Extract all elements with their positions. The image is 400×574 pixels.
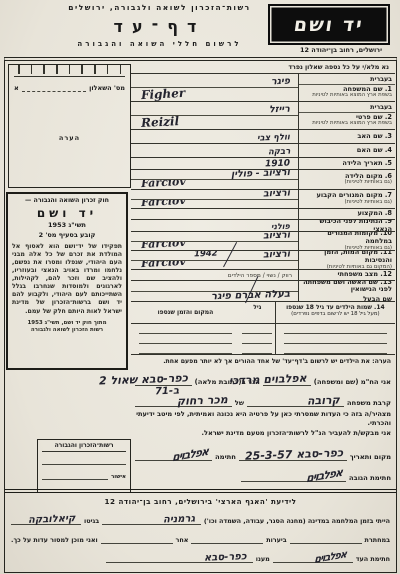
field-citizenship: 9. הנתינות לפני הכיבוש הנאצי פולני: [131, 220, 395, 232]
declarant-signature: אפלבוים: [172, 444, 209, 464]
declarant-name-line: אפלבוים מרדכי: [263, 373, 311, 386]
of-handwriting: מכר רחוק: [177, 393, 228, 408]
law-footer-line1: מתוך חוק יד ושם, תשי"ג 1953: [12, 320, 122, 328]
field-marital-status: 12. מצב משפחתי רווק / נשוי / מספר הילדים: [131, 270, 395, 281]
witness-signature: אפלבוים: [314, 549, 347, 566]
wartime-residence-sublabel: (גם באותיות לטיניות): [302, 246, 392, 250]
place-date-label: מקום ותאריך: [350, 453, 391, 461]
children-row: [240, 334, 275, 344]
field-death-place: 11. מקום המות, הזמן והנסיבות (המקום גם ב…: [131, 251, 395, 270]
questionnaire-number-box: מס' השאלון א הערה: [8, 64, 131, 188]
children-row: [131, 324, 240, 334]
signature-fill: אפלבוים: [135, 448, 212, 461]
logo-text: יד ושם: [293, 14, 366, 36]
field-father-name: 3. שם האב וולף צבי: [131, 130, 395, 144]
collector-signature-fill: אפלבוים: [241, 469, 346, 482]
first-name-sublabel: בשפת ארץ המוצא באותיות לטיניות: [302, 121, 392, 127]
in-hebrew-label: בעברית: [299, 104, 395, 113]
margin-annotation-handwriting: ב-71: [155, 386, 180, 398]
law-org-name: יד ושם: [12, 206, 122, 220]
children-names-header: 14. שמות הילדים עד גיל 18 שנספו (מעל גיל…: [276, 302, 395, 324]
form-body: מס' השאלון א הערה חוק זכרון השואה והגבור…: [4, 57, 397, 573]
approval-label: אישור: [111, 474, 126, 480]
father-name-handwriting: וולף צבי: [257, 132, 290, 143]
children-row: [240, 344, 275, 354]
children-age-column: גיל: [240, 302, 276, 354]
forests-label: ביערות: [266, 536, 286, 544]
fill-instruction: נא מלא/י על כל נספה שאלון נפרד: [131, 61, 395, 74]
law-section: קובע בסעיף מס' 2: [12, 231, 122, 239]
citizenship-label: 9. הנתינות לפני הכיבוש הנאצי: [302, 220, 392, 231]
of-line-fill: מכר רחוק: [135, 394, 232, 407]
wartime-country-label: הייתי בזמן המלחמה במדינה (מחנה הסגר, עבו…: [204, 517, 390, 525]
wartime-country-fill: גרמניה: [102, 513, 201, 525]
birth-place-sublabel: (גם באותיות לטיניות): [302, 180, 392, 186]
signature-label: חתימה: [215, 453, 236, 461]
death-place-label: 11. מקום המות, הזמן והנסיבות: [302, 251, 392, 265]
place-date-handwriting: כפר-סבא 25-3-57: [244, 446, 342, 462]
children-row: [131, 344, 240, 354]
org-name: רשות־הזכרון לשואה ולגבורה, ירושלים: [52, 3, 267, 12]
witness-address-fill: כפר-סבא: [106, 551, 253, 563]
ghetto-fill: קיאלובקה: [11, 513, 81, 525]
other-label: אחר: [176, 536, 189, 544]
ghetto-label: בגיטו: [84, 517, 99, 525]
wartime-residence-latin-handwriting: Farciov: [141, 242, 186, 251]
in-hebrew-label: בעברית: [299, 76, 395, 85]
place-date-fill: כפר-סבא 25-3-57: [239, 448, 347, 461]
death-year-handwriting: 1942: [194, 251, 218, 259]
mother-name-handwriting: רבקה: [267, 147, 290, 158]
death-place-latin-handwriting: Farciov: [141, 261, 186, 270]
wartime-residence-hebrew-handwriting: ורציוב: [263, 232, 290, 241]
questionnaire-number-line: [22, 83, 86, 92]
birth-place-hebrew-handwriting: ורציוב - פולין: [231, 170, 290, 180]
field-spouse: 13. שם האשה ושם משפחתה לפני הנישואין שם …: [131, 281, 395, 302]
children-place-header: המקום והזמן שנספו: [131, 302, 240, 324]
fields-area: נא מלא/י על כל נספה שאלון נפרד בעברית 1.…: [131, 61, 395, 482]
field-birth-date: 5. תאריך הלידה 1910: [131, 158, 395, 170]
note-label: הערה: [9, 134, 130, 142]
wartime-residence-label: 10. מקומות המגורים במלחמה: [302, 232, 392, 246]
residence-sublabel: (גם באותיות לטיניות): [302, 200, 392, 206]
children-row: [276, 324, 395, 334]
family-name-sublabel: בשפת ארץ המוצא באותיות לטיניות: [302, 93, 392, 99]
family-name-hebrew-handwriting: פיגר: [271, 76, 290, 88]
field-residence: 7. מקום המגורים הקבוע (גם באותיות לטיניו…: [131, 190, 395, 209]
relation-line-fill: קרובה: [247, 394, 344, 407]
law-year: תשי"ג 1953: [12, 221, 122, 229]
children-note: הערה: את הילדים יש לרשום ב'דף־עד' של אחד…: [131, 355, 395, 367]
of-label: של: [235, 399, 244, 407]
declaration-body-2: אני מבקש/ת להעביר הנ"ל לרשות־הזכרון מטעם…: [131, 428, 395, 438]
children-row: [131, 334, 240, 344]
approval-line: [42, 473, 108, 480]
first-name-latin-handwriting: Reizil: [141, 114, 180, 130]
testimony-offer-text: ואני מוכן למסור עדות על כך.: [11, 536, 98, 544]
declarant-line: אני הח"מ (שם ומשפחה) אפלבוים מרדכי הגר ב…: [131, 373, 395, 386]
approval-box: רשות־הזכרון והגבורה אישור: [37, 439, 131, 493]
father-name-label: 3. שם האב: [302, 133, 392, 141]
children-place-column: המקום והזמן שנספו: [131, 302, 240, 354]
marital-status-label: 12. מצב משפחתי: [302, 271, 392, 279]
page-subtitle: לרשום חללי השואה והגבורה: [52, 40, 267, 48]
field-birth-place: 6. מקום הלידה (גם באותיות לטיניות) ורציו…: [131, 170, 395, 190]
declaration-body-1: מצהיר/ה בזה כי העדות שמסרתי כאן על פרטיה…: [131, 407, 395, 428]
questionnaire-number-suffix: א: [14, 84, 19, 92]
witness-signature-label: חתימת העד: [356, 555, 390, 563]
birth-place-latin-handwriting: Farciov: [141, 180, 186, 189]
wife-name-label: 13. שם האשה ושם משפחתה לפני הנישואין: [302, 281, 392, 294]
children-row: [276, 344, 395, 354]
mother-name-label: 4. שם האם: [302, 147, 392, 155]
field-family-name-label: בעברית 1. שם המשפחה בשפת ארץ המוצא באותי…: [298, 74, 395, 101]
page-title: דף־עד: [52, 17, 267, 36]
logo-address: ירושלים, רחוב בן־יהודה 12: [300, 46, 382, 54]
relation-label: קרבת משפחה: [347, 399, 391, 407]
children-table: 14. שמות הילדים עד גיל 18 שנספו (מעל גיל…: [131, 302, 395, 355]
residence-hebrew-handwriting: ורציוב: [263, 190, 290, 199]
witness-section: לידיעת 'האגף הארצי' בירושלים, רחוב בן־יה…: [5, 489, 396, 572]
marital-status-options: רווק / נשוי / מספר הילדים: [228, 273, 292, 279]
birth-date-label: 5. תאריך הלידה: [302, 160, 392, 168]
forests-fill: [191, 532, 263, 544]
field-first-name-label: בעברית 2. שם פרטי בשפת ארץ המוצא באותיות…: [298, 102, 395, 129]
field-first-name-entry: רייזל Reizil: [131, 102, 298, 129]
first-name-hebrew-handwriting: רייזל: [269, 104, 290, 116]
wartime-country-handwriting: גרמניה: [163, 513, 195, 525]
witness-signature-fill: אפלבוים: [273, 551, 353, 563]
collector-signature: אפלבוים: [305, 465, 342, 485]
field-wartime-residence: 10. מקומות המגורים במלחמה (גם באותיות לט…: [131, 232, 395, 251]
law-body-text: תפקידו של יד־ושם הוא לאסוף אל המולדת את …: [12, 243, 122, 316]
questionnaire-number-label: מס' השאלון: [89, 84, 125, 92]
field-family-name: בעברית 1. שם המשפחה בשפת ארץ המוצא באותי…: [131, 74, 395, 102]
yad-vashem-logo: יד ושם: [268, 4, 390, 45]
header: רשות־הזכרון לשואה ולגבורה, ירושלים דף־עד…: [52, 3, 267, 48]
children-row: [276, 334, 395, 344]
other-fill: [101, 532, 173, 544]
profession-label: 8. המקצוע: [302, 210, 392, 218]
declarant-name-handwriting: אפלבוים מרדכי: [229, 372, 307, 388]
approval-box-title: רשות־הזכרון והגבורה: [42, 442, 126, 452]
underground-fill: [290, 532, 362, 544]
ghetto-handwriting: קיאלובקה: [27, 513, 75, 526]
children-names-column: 14. שמות הילדים עד גיל 18 שנספו (מעל גיל…: [276, 302, 395, 354]
underground-label: במחתרת: [365, 536, 391, 544]
birth-date-handwriting: 1910: [265, 159, 290, 170]
citizenship-handwriting: פולני: [271, 222, 290, 232]
death-place-hebrew-handwriting: ורציוב: [263, 251, 290, 260]
declarant-label: אני הח"מ (שם ומשפחה): [314, 378, 391, 386]
death-place-sublabel: (המקום גם באותיות לטיניות): [302, 265, 392, 269]
children-names-header-text: 14. שמות הילדים עד גיל 18 שנספו: [286, 304, 385, 311]
field-profession: 8. המקצוע: [131, 209, 395, 220]
relation-handwriting: קרובה: [307, 393, 340, 407]
witness-address-handwriting: כפר-סבא: [204, 551, 247, 563]
approval-row: אישור: [42, 473, 126, 480]
number-tick-strip: [14, 65, 125, 77]
approval-box-line: [42, 464, 126, 465]
page-of-testimony-scan: רשות־הזכרון לשואה ולגבורה, ירושלים דף־עד…: [0, 0, 400, 574]
law-title: חוק זכרון השואה והגבורה —: [12, 197, 122, 204]
witness-line-3: חתימת העד אפלבוים מענו כפר-סבא: [106, 551, 390, 563]
field-family-name-entry: פיגר Figher: [131, 74, 298, 101]
collector-line: חתימת הגובה אפלבוים: [237, 469, 395, 482]
residence-latin-handwriting: Farciov: [141, 200, 186, 209]
law-sidebar-box: חוק זכרון השואה והגבורה — יד ושם תשי"ג 1…: [6, 192, 128, 370]
children-age-header: גיל: [240, 302, 275, 324]
witness-section-title: לידיעת 'האגף הארצי' בירושלים, רחוב בן־יה…: [11, 497, 390, 506]
field-first-name: בעברית 2. שם פרטי בשפת ארץ המוצא באותיות…: [131, 102, 395, 130]
place-date-line: מקום ותאריך כפר-סבא 25-3-57 חתימה אפלבוי…: [131, 448, 395, 461]
collector-signature-label: חתימת הגובה: [349, 474, 391, 482]
witness-line-2: במחתרת ביערות אחר ואני מוכן למסור עדות ע…: [11, 532, 390, 544]
family-name-latin-handwriting: Figher: [141, 86, 186, 102]
questionnaire-number-row: מס' השאלון א: [9, 77, 130, 92]
children-row: [240, 324, 275, 334]
husband-name-label: שם הבעל: [302, 296, 392, 301]
witness-line-1: הייתי בזמן המלחמה במדינה (מחנה הסגר, עבו…: [11, 513, 390, 525]
witness-address-label: מענו: [256, 555, 270, 563]
field-mother-name: 4. שם האם רבקה: [131, 144, 395, 158]
law-footer: מתוך חוק יד ושם, תשי"ג 1953 רשות הזכרון …: [12, 320, 122, 335]
declarant-address-line: כפר-סבא שאול 2: [135, 373, 192, 386]
children-names-header-sub: (מעל גיל 18 יש לרשום בדפים נפרדים): [278, 311, 393, 317]
law-footer-line2: רשות הזכרון לשואה ולגבורה: [12, 327, 122, 335]
